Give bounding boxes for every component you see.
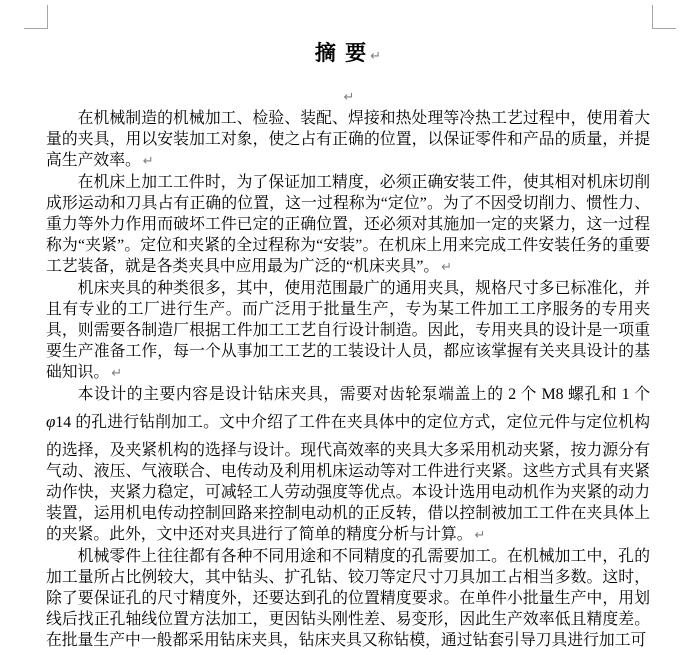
document-page: 摘 要↵ ↵ 在机械制造的机械加工、检验、装配、焊接和热处理等冷热工艺过程中，使… (0, 0, 686, 655)
paragraph-mark-icon: ↵ (111, 366, 122, 381)
paragraph-text: 本设计的主要内容是设计钻床夹具，需要对齿轮泵端盖上的 2 个 M8 螺孔和 1 … (78, 386, 650, 403)
paragraph-hole-machining: 机械零件上往往都有各种不同用途和不同精度的孔需要加工。在机械加工中，孔的加工量所… (46, 546, 650, 651)
paragraph-mark-icon: ↵ (143, 154, 154, 169)
phi-symbol: φ (46, 412, 55, 431)
paragraph-text: 的孔进行钻削加工。文中介绍了工件在夹具体中的定位方式，定位元件与定位机构的选择，… (46, 414, 650, 543)
paragraph-mark-icon: ↵ (475, 528, 486, 543)
paragraph-design-content: 本设计的主要内容是设计钻床夹具，需要对齿轮泵端盖上的 2 个 M8 螺孔和 1 … (46, 384, 650, 546)
title-line: 摘 要↵ (46, 40, 650, 70)
paragraph-mark-icon: ↵ (344, 90, 355, 105)
paragraph-mark-icon: ↵ (441, 260, 452, 275)
paragraph-text: 在机床上加工工件时，为了保证加工精度，必须正确安装工件，使其相对机床切削成形运动… (46, 174, 650, 275)
empty-paragraph: ↵ (46, 86, 650, 108)
paragraph-text: 机床夹具的种类很多，其中，使用范围最广的通用夹具，规格尺寸多已标准化，并且有专业… (46, 280, 650, 381)
paragraph-intro-fixtures: 在机械制造的机械加工、检验、装配、焊接和热处理等冷热工艺过程中，使用着大量的夹具… (46, 108, 650, 172)
document-content: 摘 要↵ ↵ 在机械制造的机械加工、检验、装配、焊接和热处理等冷热工艺过程中，使… (46, 36, 650, 651)
page-boundary-mark-top-right-icon (652, 5, 676, 29)
paragraph-text: 机械零件上往往都有各种不同用途和不同精度的孔需要加工。在机械加工中，孔的加工量所… (46, 548, 650, 649)
page-boundary-mark-top-left-icon (24, 5, 48, 29)
equation-phi14: φ14 (46, 414, 71, 431)
paragraph-fixture-types: 机床夹具的种类很多，其中，使用范围最广的通用夹具，规格尺寸多已标准化，并且有专业… (46, 278, 650, 384)
paragraph-text: 在机械制造的机械加工、检验、装配、焊接和热处理等冷热工艺过程中，使用着大量的夹具… (46, 110, 650, 169)
equation-number: 14 (55, 414, 71, 431)
paragraph-positioning-clamping: 在机床上加工工件时，为了保证加工精度，必须正确安装工件，使其相对机床切削成形运动… (46, 172, 650, 278)
paragraph-mark-icon: ↵ (370, 49, 381, 64)
page-title: 摘 要 (315, 41, 368, 65)
